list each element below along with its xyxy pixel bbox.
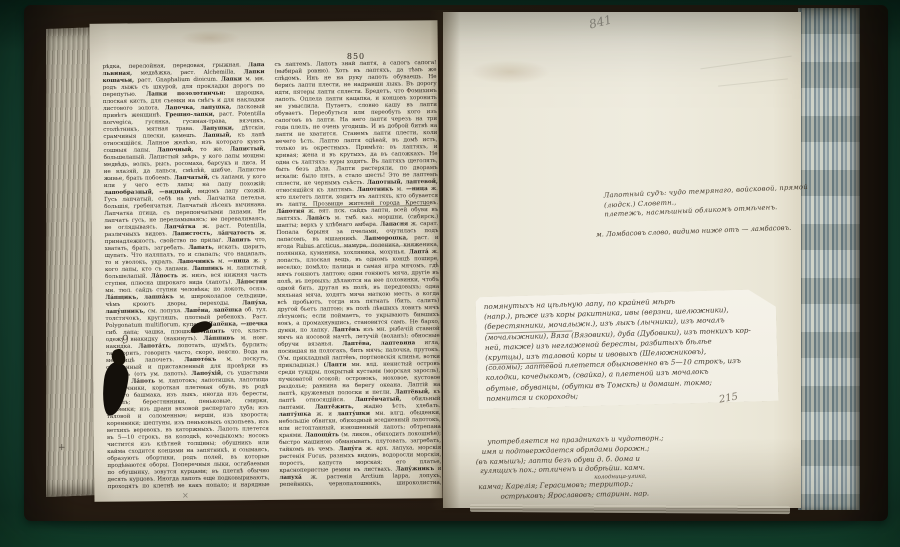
dictionary-text: то же. [200, 147, 230, 153]
dictionary-headword: Лапочный, [157, 147, 200, 154]
dictionary-text: м. [218, 259, 228, 265]
dictionary-headword: Ла́пшивъ [204, 335, 241, 341]
dictionary-headword: Лапистый, [230, 146, 265, 152]
dictionary-text: раст. Gnaphalium dioicum. [137, 77, 221, 84]
margin-plus-mark: + [58, 443, 66, 453]
printed-column-1: рѣдка, перелойная, передовая, грыжная. Л… [102, 62, 269, 490]
dictionary-headword: Лапить [227, 237, 255, 243]
dictionary-headword: Лапки [221, 76, 245, 82]
dictionary-headword: —ница [228, 258, 253, 264]
dictionary-headword: Лапочка, [165, 105, 201, 111]
dictionary-headword: Лапоу́хій, [191, 371, 227, 377]
dictionary-headword: Лаптёжить, [315, 404, 363, 411]
dictionary-headword: Лапный, [203, 132, 238, 138]
dictionary-headword: Ла́пщикъ, лапша́къ [105, 294, 179, 301]
dictionary-headword: Лапки позолотничьи: [146, 90, 235, 97]
ink-annotation-bottom: употребляется на праздникахъ и чудотворн… [473, 432, 776, 503]
dictionary-headword: —ница [406, 186, 431, 192]
dictionary-headword: Лапчатый, [174, 175, 212, 181]
dictionary-headword: Ла́пость [151, 273, 182, 279]
dictionary-headword: Ла́поть [131, 378, 158, 384]
dictionary-headword: Лапёна, лапёшка [184, 307, 244, 314]
dictionary-headword: Лаптёвъ [332, 327, 363, 333]
dictionary-text: относящійся къ лаптямъ. [276, 187, 357, 194]
dictionary-headword: Лапотный, лаптевой, [367, 179, 438, 186]
dictionary-headword: Лапочникъ [177, 259, 218, 265]
dictionary-text: ж. лопасть, плоская вещь, въ одномъ конц… [277, 249, 440, 334]
photograph-open-book: 850 рѣдка, перелойная, передовая, грыжна… [0, 0, 900, 547]
dictionary-headword: лапушка, [200, 104, 236, 110]
dictionary-headword: Ла́постни [236, 279, 268, 285]
dictionary-headword: (Лапти [323, 362, 351, 368]
dictionary-headword: Лапча́тка [164, 224, 202, 230]
dictionary-text: см. лопуха. [148, 308, 185, 314]
foxing-stain [180, 30, 240, 46]
dictionary-headword: лапуха́ [279, 475, 310, 481]
dictionary-text: медвѣжка, раст. Alchemilla. [141, 69, 244, 76]
dictionary-headword: Лапото́къ [184, 357, 226, 364]
dictionary-text: и [438, 466, 442, 472]
dictionary-text: ж. и [316, 411, 337, 417]
dictionary-headword: лапту́шки [337, 411, 375, 417]
printed-page-number: 850 [336, 52, 376, 61]
printed-column-2: съ лаптемъ. Лапоть знай лаптя, а сапогъ … [274, 60, 441, 488]
dictionary-headword: Лаптёва, лаптевина [342, 340, 424, 347]
dictionary-headword: Грешно-лапки, [165, 112, 219, 119]
dictionary-text: сиб. лапа; чашка, плошка. [106, 329, 201, 336]
right-page-edges [798, 8, 860, 510]
dictionary-headword: Лапшикъ [192, 266, 227, 272]
dictionary-headword: Лапотникъ [357, 186, 397, 192]
dictionary-headword: Ла́потня [276, 209, 308, 215]
dictionary-text: жадно ѣсть, хлебать. [363, 403, 440, 410]
dictionary-headword: лапообразный, —видный, [104, 189, 198, 196]
margin-cross-mark: × [182, 491, 189, 500]
dictionary-headword: Лапёнка, —шечка [208, 321, 268, 328]
dictionary-headword: Лапу́га [339, 446, 366, 452]
printed-text-block: рѣдка, перелойная, передовая, грыжная. Л… [102, 60, 441, 490]
dictionary-headword: Лапушки, [201, 125, 241, 131]
dictionary-text: съ лаптемъ. Лапоть знай лаптя, а сапогъ … [274, 60, 437, 187]
dictionary-text: м. лапотокъ; лапотишка, лапотища м. лычн… [106, 377, 269, 490]
dictionary-headword: Лапасня [380, 221, 411, 227]
dictionary-headword: Лаптёвый, [395, 389, 434, 395]
dictionary-headword: Лапота́ть, [138, 343, 177, 349]
dictionary-headword: Лапта́ [409, 249, 432, 255]
dictionary-headword: Лапать, [188, 245, 217, 251]
dictionary-headword: Лапа́съ [306, 215, 335, 221]
dictionary-headword: Лапощи́ть [305, 432, 341, 438]
dictionary-headword: Лапморошка, [364, 235, 415, 242]
dictionary-text: м. [397, 186, 406, 192]
foxing-stain [470, 60, 550, 84]
dictionary-headword: лапту́шка [279, 411, 317, 417]
dictionary-headword: Лапу́жникъ [396, 466, 438, 473]
dictionary-headword: Лаптёвчатый, [355, 396, 412, 403]
dictionary-headword: Лапистость, ла́пчатость [172, 230, 259, 237]
